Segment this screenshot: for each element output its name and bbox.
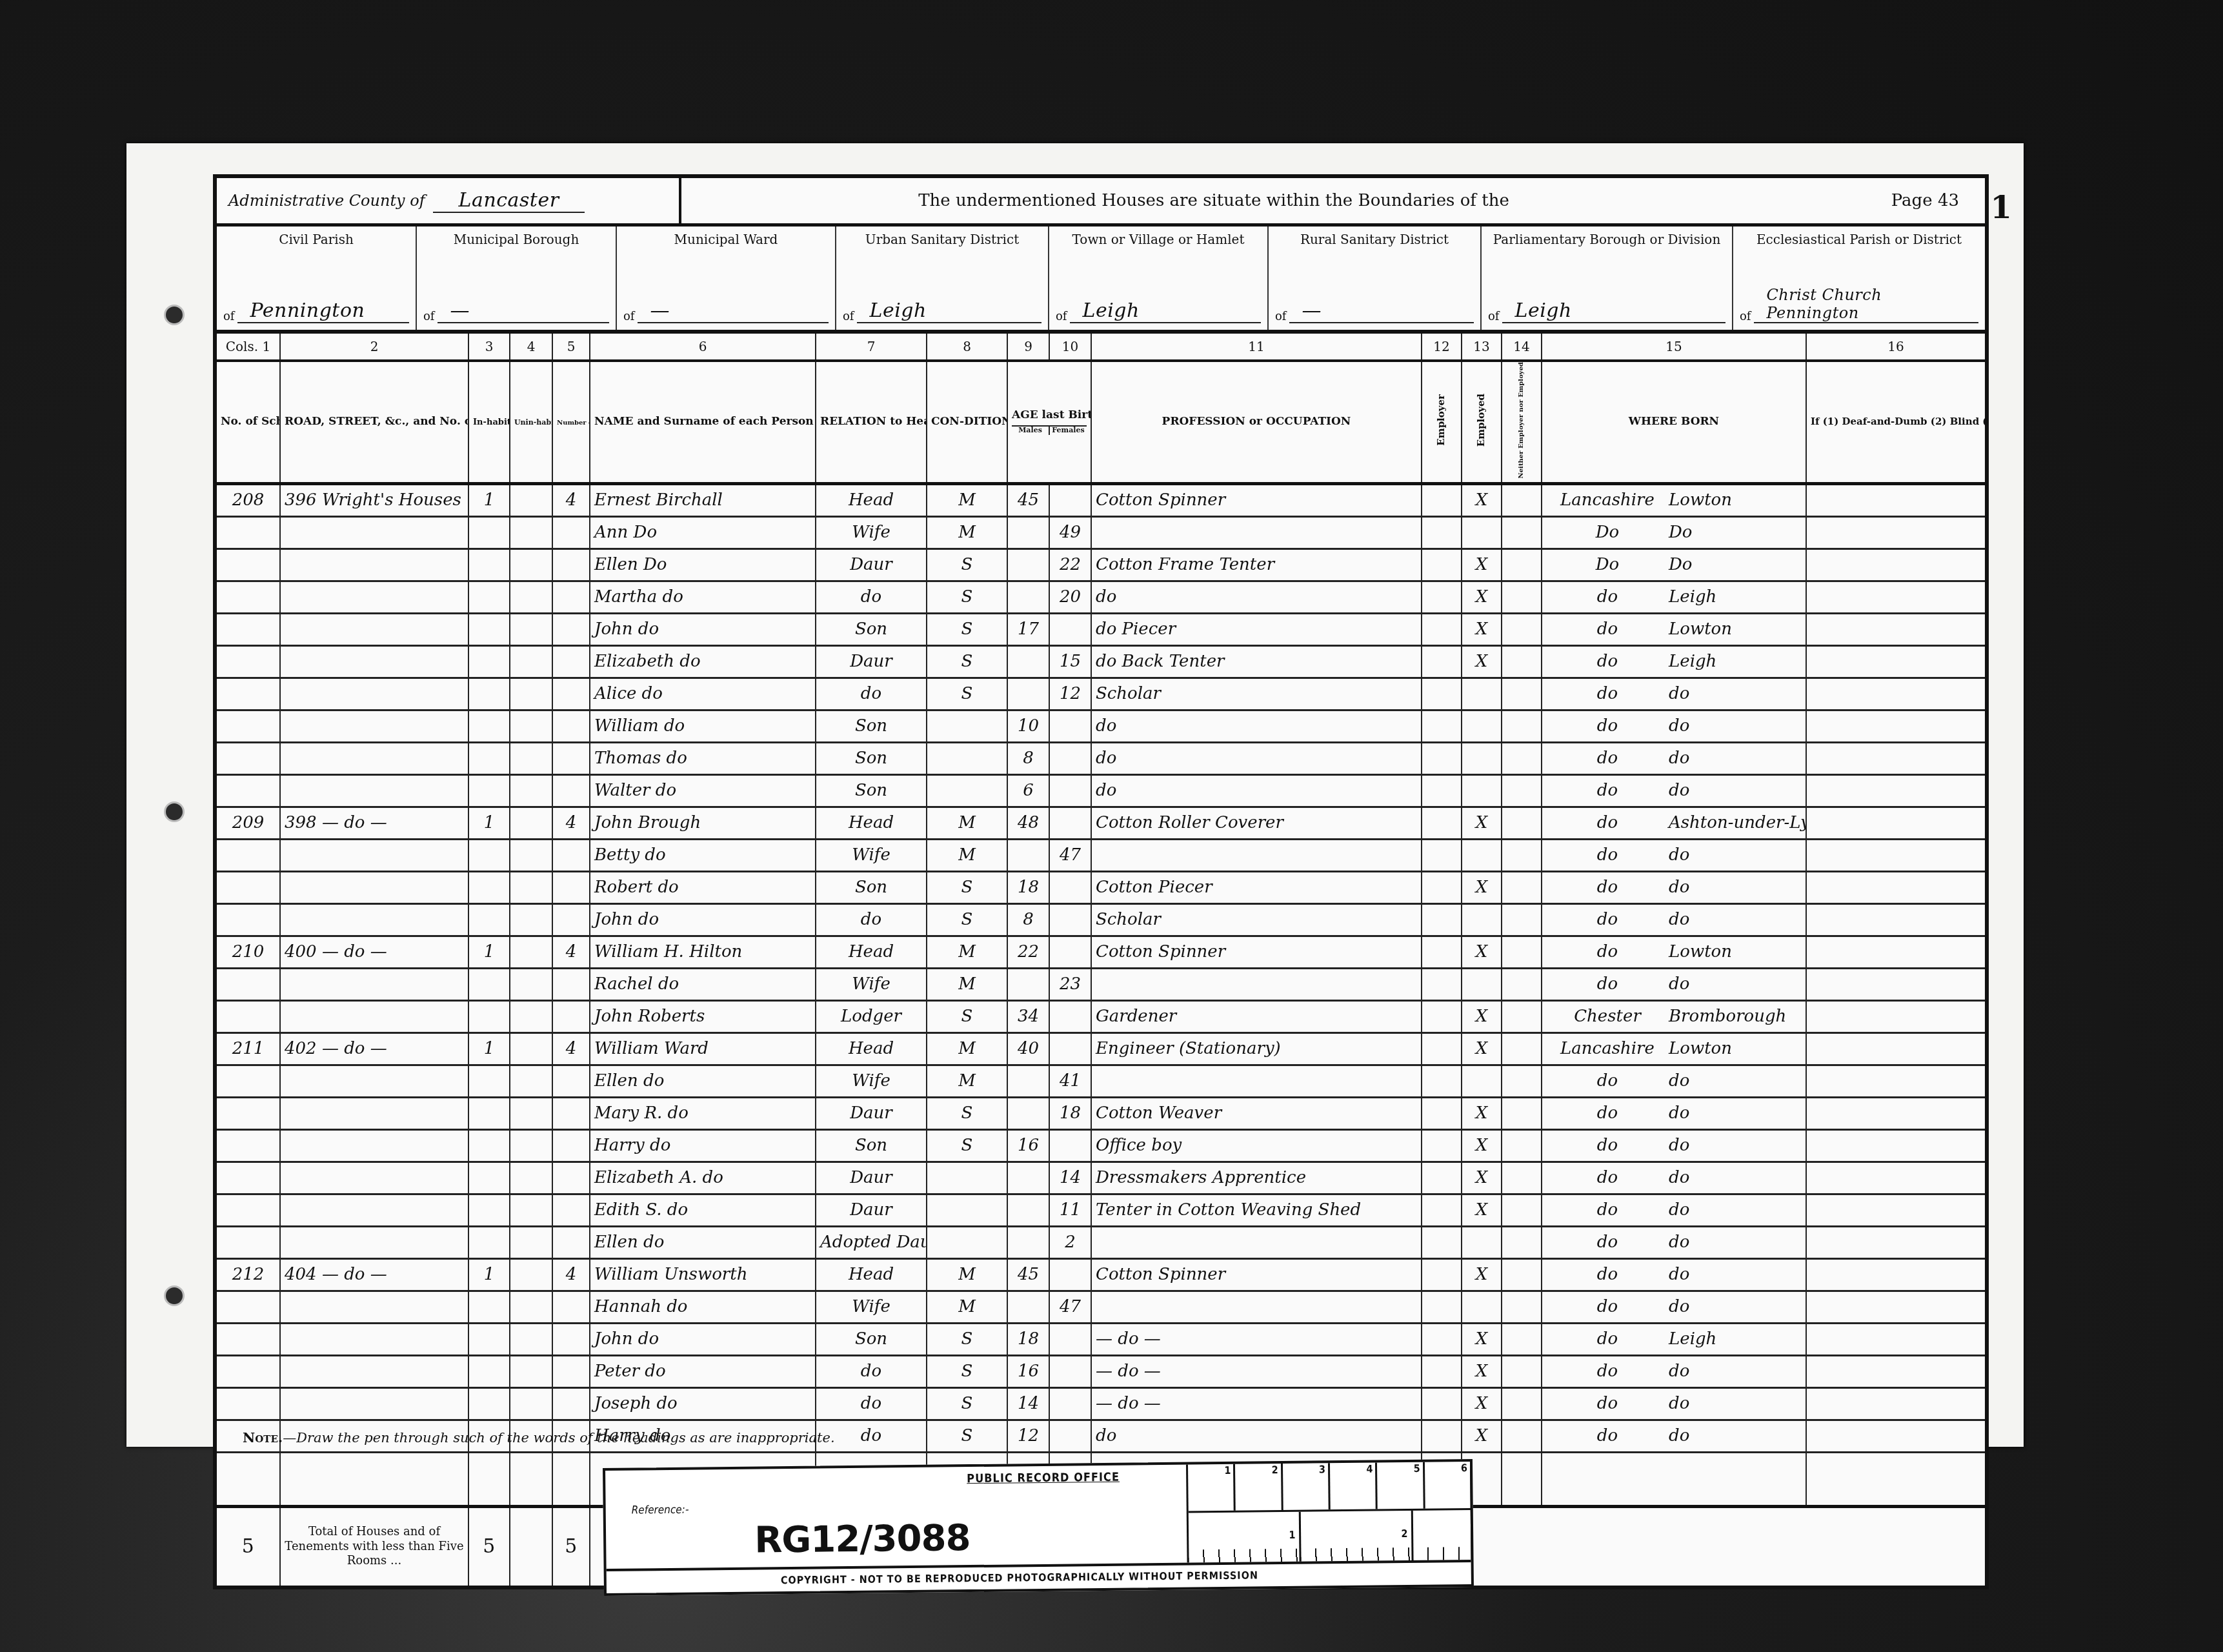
civil-parish-value: Pennington <box>237 299 410 323</box>
where-born: ChesterBromborough <box>1542 1000 1806 1032</box>
urban-sanitary-value: Leigh <box>857 299 1042 323</box>
area-rural-sanitary: Rural Sanitary District of— <box>1269 227 1482 330</box>
relation: Daur <box>816 1097 927 1129</box>
neither-mark <box>1502 1065 1542 1097</box>
infirmity <box>1806 742 1985 774</box>
employer-mark <box>1422 1162 1462 1194</box>
neither-mark <box>1502 581 1542 613</box>
rooms: 4 <box>552 1032 590 1065</box>
male-age: 22 <box>1007 936 1049 968</box>
where-born: dodo <box>1542 903 1806 936</box>
binder-hole <box>164 305 185 325</box>
area-parliamentary: Parliamentary Borough or Division ofLeig… <box>1482 227 1733 330</box>
employed-mark <box>1462 839 1502 871</box>
where-born: LancashireLowton <box>1542 483 1806 516</box>
occupation: Cotton Piecer <box>1091 871 1422 903</box>
person-name: William H. Hilton <box>590 936 816 968</box>
rooms <box>552 968 590 1000</box>
uninhabited <box>510 1129 552 1162</box>
female-age <box>1049 1387 1091 1420</box>
infirmity <box>1806 1065 1985 1097</box>
infirmity <box>1806 1291 1985 1323</box>
employed-mark <box>1462 742 1502 774</box>
inhabited <box>468 581 510 613</box>
occupation <box>1091 1226 1422 1258</box>
neither-mark <box>1502 1387 1542 1420</box>
employer-mark <box>1422 1226 1462 1258</box>
relation: do <box>816 903 927 936</box>
address <box>280 516 468 549</box>
condition <box>927 1226 1007 1258</box>
male-age <box>1007 1291 1049 1323</box>
female-age <box>1049 1420 1091 1452</box>
header-occupation: PROFESSION or OCCUPATION <box>1091 361 1422 483</box>
where-born: LancashireLowton <box>1542 1032 1806 1065</box>
uninhabited <box>510 1258 552 1291</box>
table-row: John dodoS8Scholardodo <box>217 903 1985 936</box>
rooms <box>552 710 590 742</box>
inhabited <box>468 839 510 871</box>
condition: S <box>927 549 1007 581</box>
table-row: John doSonS17do PiecerXdoLowton <box>217 613 1985 645</box>
employed-mark: X <box>1462 645 1502 678</box>
uninhabited <box>510 483 552 516</box>
female-age <box>1049 1032 1091 1065</box>
relation: Wife <box>816 516 927 549</box>
person-name: Alice do <box>590 678 816 710</box>
uninhabited <box>510 1226 552 1258</box>
infirmity <box>1806 645 1985 678</box>
inhabited <box>468 968 510 1000</box>
schedule-number: 212 <box>217 1258 280 1291</box>
neither-mark <box>1502 1420 1542 1452</box>
female-age: 18 <box>1049 1097 1091 1129</box>
address <box>280 549 468 581</box>
female-age: 11 <box>1049 1194 1091 1226</box>
neither-mark <box>1502 1129 1542 1162</box>
table-row: 209398 — do —14John BroughHeadM48Cotton … <box>217 807 1985 839</box>
rooms <box>552 742 590 774</box>
uninhabited <box>510 1162 552 1194</box>
neither-mark <box>1502 1162 1542 1194</box>
person-name: Ann Do <box>590 516 816 549</box>
uninhabited <box>510 581 552 613</box>
employer-mark <box>1422 613 1462 645</box>
neither-mark <box>1502 1323 1542 1355</box>
inhabited: 1 <box>468 1032 510 1065</box>
relation: Head <box>816 936 927 968</box>
rooms <box>552 1129 590 1162</box>
person-name: Ellen do <box>590 1065 816 1097</box>
occupation: do <box>1091 742 1422 774</box>
occupation <box>1091 1291 1422 1323</box>
employed-mark <box>1462 1291 1502 1323</box>
male-age: 17 <box>1007 613 1049 645</box>
schedule-number <box>217 1129 280 1162</box>
employed-mark <box>1462 903 1502 936</box>
male-age: 16 <box>1007 1129 1049 1162</box>
address <box>280 678 468 710</box>
address <box>280 581 468 613</box>
header-employer: Employer <box>1422 361 1462 483</box>
person-name: Robert do <box>590 871 816 903</box>
neither-mark <box>1502 807 1542 839</box>
header-rooms: Number of rooms occupied if less than fi… <box>552 361 590 483</box>
address: 400 — do — <box>280 936 468 968</box>
occupation: Cotton Spinner <box>1091 1258 1422 1291</box>
schedule-number: 210 <box>217 936 280 968</box>
table-row: Harry doSonS16Office boyXdodo <box>217 1129 1985 1162</box>
occupation: do <box>1091 581 1422 613</box>
condition: S <box>927 1000 1007 1032</box>
employed-mark: X <box>1462 1000 1502 1032</box>
inhabited <box>468 1291 510 1323</box>
employed-mark: X <box>1462 613 1502 645</box>
neither-mark <box>1502 1194 1542 1226</box>
rooms: 4 <box>552 483 590 516</box>
female-age: 47 <box>1049 839 1091 871</box>
where-born: dodo <box>1542 1420 1806 1452</box>
header-condition: CON-DITION as to Marriage <box>927 361 1007 483</box>
address <box>280 1355 468 1387</box>
neither-mark <box>1502 742 1542 774</box>
person-name: Elizabeth A. do <box>590 1162 816 1194</box>
occupation: Scholar <box>1091 903 1422 936</box>
table-row: Ann DoWifeM49DoDo <box>217 516 1985 549</box>
table-row: Thomas doSon8dododo <box>217 742 1985 774</box>
area-urban-sanitary: Urban Sanitary District ofLeigh <box>836 227 1049 330</box>
schedule-number <box>217 613 280 645</box>
inhabited <box>468 645 510 678</box>
area-civil-parish: Civil Parish ofPennington <box>217 227 417 330</box>
rooms <box>552 1162 590 1194</box>
male-age: 45 <box>1007 483 1049 516</box>
where-born: DoDo <box>1542 549 1806 581</box>
neither-mark <box>1502 1097 1542 1129</box>
uninhabited <box>510 1291 552 1323</box>
rooms <box>552 839 590 871</box>
infirmity <box>1806 1194 1985 1226</box>
rooms <box>552 645 590 678</box>
schedule-number <box>217 549 280 581</box>
where-born: doLowton <box>1542 936 1806 968</box>
boundary-areas: Civil Parish ofPennington Municipal Boro… <box>217 227 1985 334</box>
female-age <box>1049 774 1091 807</box>
occupation: Cotton Frame Tenter <box>1091 549 1422 581</box>
employer-mark <box>1422 1000 1462 1032</box>
where-born: dodo <box>1542 1065 1806 1097</box>
condition: S <box>927 613 1007 645</box>
infirmity <box>1806 581 1985 613</box>
inhabited <box>468 549 510 581</box>
male-age <box>1007 1097 1049 1129</box>
table-row: Ellen doAdopted Daur2dodo <box>217 1226 1985 1258</box>
neither-mark <box>1502 516 1542 549</box>
rooms <box>552 613 590 645</box>
schedule-number: 209 <box>217 807 280 839</box>
census-table: Cols. 1 2 3 4 5 6 7 8 9 10 11 12 13 14 1… <box>217 334 1985 1586</box>
employer-mark <box>1422 1291 1462 1323</box>
male-age <box>1007 1162 1049 1194</box>
occupation: — do — <box>1091 1387 1422 1420</box>
neither-mark <box>1502 549 1542 581</box>
rooms <box>552 1000 590 1032</box>
schedule-number <box>217 1065 280 1097</box>
page-number: Page 43 <box>1746 191 1985 210</box>
occupation: Cotton Roller Coverer <box>1091 807 1422 839</box>
rooms <box>552 516 590 549</box>
male-age: 14 <box>1007 1387 1049 1420</box>
where-born: dodo <box>1542 742 1806 774</box>
boundaries-text: The undermentioned Houses are situate wi… <box>681 191 1746 210</box>
schedule-number <box>217 1194 280 1226</box>
employed-mark <box>1462 1065 1502 1097</box>
female-age: 15 <box>1049 645 1091 678</box>
person-name: Betty do <box>590 839 816 871</box>
rooms <box>552 1226 590 1258</box>
employer-mark <box>1422 742 1462 774</box>
infirmity <box>1806 1226 1985 1258</box>
male-age <box>1007 1065 1049 1097</box>
neither-mark <box>1502 774 1542 807</box>
occupation: Scholar <box>1091 678 1422 710</box>
parliamentary-value: Leigh <box>1502 299 1726 323</box>
inhabited-total: 5 <box>468 1506 510 1586</box>
employer-mark <box>1422 549 1462 581</box>
inhabited: 1 <box>468 936 510 968</box>
neither-mark <box>1502 903 1542 936</box>
female-age: 22 <box>1049 549 1091 581</box>
table-row: Robert doSonS18Cotton PiecerXdodo <box>217 871 1985 903</box>
uninhabited <box>510 549 552 581</box>
employed-mark <box>1462 1226 1502 1258</box>
relation: Wife <box>816 968 927 1000</box>
where-born: dodo <box>1542 1291 1806 1323</box>
uninhabited <box>510 903 552 936</box>
male-age <box>1007 581 1049 613</box>
female-age <box>1049 1000 1091 1032</box>
condition <box>927 1194 1007 1226</box>
female-age <box>1049 936 1091 968</box>
header-infirmity: If (1) Deaf-and-Dumb (2) Blind (3) Lunat… <box>1806 361 1985 483</box>
infirmity <box>1806 968 1985 1000</box>
employer-mark <box>1422 645 1462 678</box>
relation: do <box>816 678 927 710</box>
infirmity <box>1806 1323 1985 1355</box>
where-born: dodo <box>1542 839 1806 871</box>
uninhabited <box>510 613 552 645</box>
female-age <box>1049 613 1091 645</box>
schedule-number <box>217 678 280 710</box>
female-age: 41 <box>1049 1065 1091 1097</box>
census-rows: 208396 Wright's Houses14Ernest BirchallH… <box>217 483 1985 1506</box>
where-born: dodo <box>1542 1355 1806 1387</box>
rooms <box>552 1065 590 1097</box>
employer-mark <box>1422 1065 1462 1097</box>
employer-mark <box>1422 871 1462 903</box>
header-employed: Employed <box>1462 361 1502 483</box>
table-row: 208396 Wright's Houses14Ernest BirchallH… <box>217 483 1985 516</box>
schedule-number <box>217 903 280 936</box>
occupation: do <box>1091 710 1422 742</box>
relation: Wife <box>816 1291 927 1323</box>
address <box>280 839 468 871</box>
occupation: do Back Tenter <box>1091 645 1422 678</box>
uninhabited <box>510 678 552 710</box>
address <box>280 1162 468 1194</box>
relation: Son <box>816 871 927 903</box>
where-born: doLeigh <box>1542 1323 1806 1355</box>
address <box>280 1387 468 1420</box>
male-age: 45 <box>1007 1258 1049 1291</box>
condition: M <box>927 1291 1007 1323</box>
address <box>280 1097 468 1129</box>
employer-mark <box>1422 710 1462 742</box>
employer-mark <box>1422 774 1462 807</box>
occupation: Gardener <box>1091 1000 1422 1032</box>
county-label: Administrative County of <box>228 192 425 210</box>
inhabited <box>468 774 510 807</box>
condition: S <box>927 1129 1007 1162</box>
infirmity <box>1806 710 1985 742</box>
address <box>280 774 468 807</box>
table-row: Mary R. doDaurS18Cotton WeaverXdodo <box>217 1097 1985 1129</box>
header-uninhabited: Unin-habited (U.), or Building (B.) <box>510 361 552 483</box>
male-age <box>1007 516 1049 549</box>
infirmity <box>1806 1355 1985 1387</box>
column-headers: No. of Schedule ROAD, STREET, &c., and N… <box>217 361 1985 483</box>
where-born: dodo <box>1542 1194 1806 1226</box>
employer-mark <box>1422 1097 1462 1129</box>
inhabited <box>468 1065 510 1097</box>
occupation: Dressmakers Apprentice <box>1091 1162 1422 1194</box>
condition: S <box>927 1420 1007 1452</box>
relation: do <box>816 581 927 613</box>
occupation: do <box>1091 1420 1422 1452</box>
relation: Wife <box>816 839 927 871</box>
table-row: Elizabeth doDaurS15do Back TenterXdoLeig… <box>217 645 1985 678</box>
address <box>280 1065 468 1097</box>
area-town: Town or Village or Hamlet ofLeigh <box>1049 227 1269 330</box>
relation: Daur <box>816 1194 927 1226</box>
schedule-number <box>217 871 280 903</box>
header-relation: RELATION to Head of Family <box>816 361 927 483</box>
address <box>280 871 468 903</box>
where-born: dodo <box>1542 710 1806 742</box>
infirmity <box>1806 1032 1985 1065</box>
relation: Wife <box>816 1065 927 1097</box>
uninhabited <box>510 645 552 678</box>
female-age <box>1049 807 1091 839</box>
schedule-number <box>217 1000 280 1032</box>
uninhabited <box>510 1355 552 1387</box>
condition: M <box>927 483 1007 516</box>
occupation: Office boy <box>1091 1129 1422 1162</box>
inhabited <box>468 1194 510 1226</box>
employed-mark: X <box>1462 1032 1502 1065</box>
total-schedules: 5 <box>217 1506 280 1586</box>
employed-mark <box>1462 710 1502 742</box>
occupation: — do — <box>1091 1355 1422 1387</box>
female-age <box>1049 871 1091 903</box>
male-age: 8 <box>1007 742 1049 774</box>
column-numbers: Cols. 1 2 3 4 5 6 7 8 9 10 11 12 13 14 1… <box>217 334 1985 361</box>
person-name: John Brough <box>590 807 816 839</box>
female-age <box>1049 742 1091 774</box>
person-name: Rachel do <box>590 968 816 1000</box>
employed-mark: X <box>1462 1387 1502 1420</box>
address <box>280 710 468 742</box>
person-name: Ernest Birchall <box>590 483 816 516</box>
infirmity <box>1806 839 1985 871</box>
relation: Head <box>816 1258 927 1291</box>
infirmity <box>1806 1129 1985 1162</box>
person-name: Hannah do <box>590 1291 816 1323</box>
employer-mark <box>1422 839 1462 871</box>
county-value: Lancaster <box>433 189 585 213</box>
where-born: doAshton-under-Lyne <box>1542 807 1806 839</box>
infirmity <box>1806 1000 1985 1032</box>
uninhabited <box>510 1323 552 1355</box>
inhabited <box>468 1162 510 1194</box>
employed-mark: X <box>1462 936 1502 968</box>
person-name: John do <box>590 1323 816 1355</box>
schedule-number: 208 <box>217 483 280 516</box>
person-name: John do <box>590 903 816 936</box>
where-born: dodo <box>1542 1162 1806 1194</box>
male-age <box>1007 549 1049 581</box>
male-age <box>1007 1226 1049 1258</box>
table-row: Peter dodoS16— do —Xdodo <box>217 1355 1985 1387</box>
uninhabited <box>510 968 552 1000</box>
table-row: Hannah doWifeM47dodo <box>217 1291 1985 1323</box>
address <box>280 645 468 678</box>
female-age <box>1049 1129 1091 1162</box>
relation: Son <box>816 613 927 645</box>
employer-mark <box>1422 581 1462 613</box>
relation: Son <box>816 742 927 774</box>
employed-mark: X <box>1462 581 1502 613</box>
infirmity <box>1806 903 1985 936</box>
uninhabited <box>510 1194 552 1226</box>
uninhabited <box>510 1097 552 1129</box>
relation: do <box>816 1355 927 1387</box>
condition <box>927 1162 1007 1194</box>
inhabited <box>468 871 510 903</box>
employed-mark: X <box>1462 1258 1502 1291</box>
male-age: 48 <box>1007 807 1049 839</box>
area-municipal-ward: Municipal Ward of— <box>617 227 836 330</box>
uninhabited <box>510 1032 552 1065</box>
where-born: dodo <box>1542 1387 1806 1420</box>
female-age: 49 <box>1049 516 1091 549</box>
male-age <box>1007 645 1049 678</box>
table-row: Betty doWifeM47dodo <box>217 839 1985 871</box>
male-age: 16 <box>1007 1355 1049 1387</box>
relation: Daur <box>816 549 927 581</box>
inhabited: 1 <box>468 807 510 839</box>
inhabited <box>468 1355 510 1387</box>
condition: S <box>927 1323 1007 1355</box>
area-municipal-borough: Municipal Borough of— <box>417 227 617 330</box>
uninhabited <box>510 839 552 871</box>
neither-mark <box>1502 936 1542 968</box>
rooms-total: 5 <box>552 1506 590 1586</box>
male-age: 10 <box>1007 710 1049 742</box>
condition: M <box>927 807 1007 839</box>
uninhabited <box>510 516 552 549</box>
relation: Head <box>816 483 927 516</box>
